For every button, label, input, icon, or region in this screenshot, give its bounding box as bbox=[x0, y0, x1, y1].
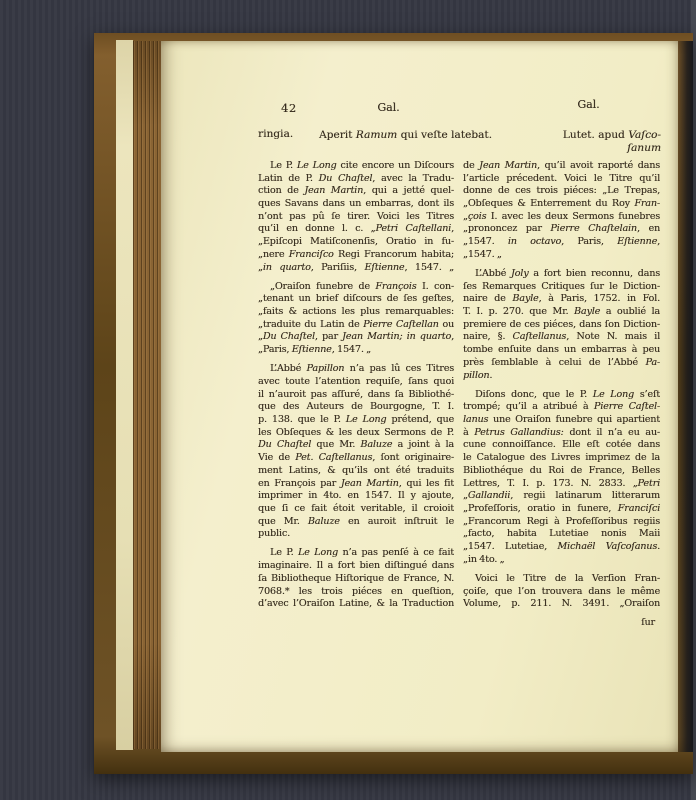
roman-text: , qui les fit bbox=[399, 478, 454, 489]
text-line: „Oraiſon funebre de François I. con- bbox=[258, 281, 454, 294]
roman-text: s’eſt bbox=[634, 389, 660, 400]
roman-text: cite encore un Diſcours bbox=[336, 160, 454, 171]
text-line: „tenant un brief diſcours de ſes geſtes, bbox=[258, 293, 454, 306]
roman-text: „Paris, bbox=[258, 344, 292, 355]
italic-text: Pa- bbox=[645, 357, 660, 368]
italic-text: Vaſco- bbox=[628, 129, 661, 141]
italic-text: Pet. Caſtellanus bbox=[295, 452, 372, 463]
roman-text: a fort bien reconnu, dans bbox=[528, 268, 660, 279]
roman-text: le Catalogue des Livres imprimez de la bbox=[463, 452, 660, 463]
italic-text: ſanum bbox=[627, 142, 661, 154]
text-line: „nere Franciſco Regi Francorum habita; bbox=[258, 249, 454, 262]
italic-text: Du Chaſtel bbox=[258, 439, 311, 450]
roman-text: , à Paris, 1752. in Fol. bbox=[539, 293, 660, 304]
roman-text: que Mr. bbox=[258, 516, 308, 527]
roman-text: Vie de bbox=[258, 452, 295, 463]
running-head-right: Gal. bbox=[506, 98, 671, 111]
roman-text: ment Latins, & qu’ils ont été traduits bbox=[258, 465, 454, 476]
italic-text: Jean Martin; in quarto bbox=[342, 331, 451, 342]
italic-text: Franciſco bbox=[289, 249, 334, 260]
text-line: donne de ces trois piéces: „Le Trepas, bbox=[463, 185, 660, 198]
headline-center: Aperit Ramum qui veſte latebat. bbox=[319, 129, 492, 141]
italic-text: Eſtienne bbox=[617, 236, 657, 247]
text-line: le Catalogue des Livres imprimez de la bbox=[463, 452, 660, 465]
roman-text: ſa Bibliotheque Hiſtorique de France, N. bbox=[258, 573, 454, 584]
roman-text: il n’auroit pas aſſuré, dans ſa Biblioth… bbox=[258, 389, 454, 400]
roman-text: à bbox=[463, 427, 474, 438]
roman-text: ques Savans dans un embarras, dont ils bbox=[258, 198, 454, 209]
roman-text: l’article précedent. Voici le Titre qu’i… bbox=[463, 173, 660, 184]
roman-text: que Mr. bbox=[311, 439, 360, 450]
text-line: Le P. Le Long cite encore un Diſcours bbox=[258, 160, 454, 173]
text-line: „1547. „ bbox=[463, 249, 660, 262]
text-line: cune connoiſſance. Elle eſt cotée dans bbox=[463, 439, 660, 452]
roman-text: cune connoiſſance. Elle eſt cotée dans bbox=[463, 439, 660, 450]
text-line: naire, §. Caſtellanus, Note N. mais il bbox=[463, 331, 660, 344]
text-line: „traduite du Latin de Pierre Caſtellan o… bbox=[258, 319, 454, 332]
roman-text: premiere de ces piéces, dans ſon Diction… bbox=[463, 319, 660, 330]
roman-text: , bbox=[451, 331, 454, 342]
text-line: n’ont pas pû ſe tirer. Voici les Titres bbox=[258, 211, 454, 224]
roman-text: qu’il en donne l. c. „ bbox=[258, 223, 375, 234]
roman-text: , ſont originaire- bbox=[372, 452, 454, 463]
text-line: „Obſeques & Enterrement du Roy Fran- bbox=[463, 198, 660, 211]
roman-text: Regi Francorum habita; bbox=[334, 249, 454, 260]
text-line: Lettres, T. I. p. 173. N. 2833. „Petri bbox=[463, 478, 660, 491]
roman-text: naire, §. bbox=[463, 331, 513, 342]
roman-text: „1547. Lutetiae, bbox=[463, 541, 557, 552]
headline-right-continuation: ſanum bbox=[627, 142, 661, 154]
text-line: ques Savans dans un embarras, dont ils bbox=[258, 198, 454, 211]
text-line: „1547. in octavo, Paris, Eſtienne, bbox=[463, 236, 660, 249]
text-line: Du Chaſtel que Mr. Baluze a joint à la bbox=[258, 439, 454, 452]
roman-text: naire de bbox=[463, 293, 512, 304]
text-column-right-paragraphs: de Jean Martin, qu’il avoit raporté dans… bbox=[463, 160, 660, 611]
italic-text: Eſtienne bbox=[292, 344, 332, 355]
text-line: d’avec l’Oraiſon Latine, & la Traduction bbox=[258, 598, 454, 611]
roman-text: Latin de P. bbox=[258, 173, 319, 184]
text-line: il n’auroit pas aſſuré, dans ſa Biblioth… bbox=[258, 389, 454, 402]
text-line: çoiſe, que l’on trouvera dans le même bbox=[463, 586, 660, 599]
italic-text: Pierre Caſtellan bbox=[363, 319, 439, 330]
roman-text: près ſemblable à celui de l’Abbé bbox=[463, 357, 645, 368]
roman-text: prétend, que bbox=[386, 414, 454, 425]
italic-text: Papillon bbox=[306, 363, 344, 374]
page-edges-dark bbox=[133, 41, 161, 749]
text-line: L’Abbé Papillon n’a pas lû ces Titres bbox=[258, 363, 454, 376]
paragraph: L’Abbé Papillon n’a pas lû ces Titresave… bbox=[258, 363, 454, 541]
italic-text: François bbox=[375, 281, 416, 292]
page-right-shadow bbox=[678, 41, 693, 752]
roman-text: , 1547. „ bbox=[404, 262, 454, 273]
text-line: naire de Bayle, à Paris, 1752. in Fol. bbox=[463, 293, 660, 306]
text-line: „prononcez par Pierre Chaſtelain, en bbox=[463, 223, 660, 236]
text-line: imaginaire. Il a fort bien diſtingué dan… bbox=[258, 560, 454, 573]
roman-text: Voici le Titre de la Verſion Fran- bbox=[475, 573, 660, 584]
page-edges-light bbox=[116, 40, 133, 750]
roman-text: , regii latinarum litterarum bbox=[510, 490, 660, 501]
text-line: ction de Jean Martin, qui a jetté quel- bbox=[258, 185, 454, 198]
roman-text: I. avec les deux Sermons funebres bbox=[486, 211, 660, 222]
roman-text: Le P. bbox=[270, 160, 297, 171]
italic-text: Jean Martin bbox=[304, 185, 363, 196]
roman-text: 7068.* les trois piéces en queſtion, bbox=[258, 586, 454, 597]
text-line: Bibliothéque du Roi de France, Belles bbox=[463, 465, 660, 478]
italic-text: Du Chaſtel bbox=[319, 173, 373, 184]
text-line: que Mr. Baluze en auroit inſtruit le bbox=[258, 516, 454, 529]
italic-text: çois bbox=[468, 211, 487, 222]
roman-text: . bbox=[657, 541, 660, 552]
text-column-right: de Jean Martin, qu’il avoit raporté dans… bbox=[463, 160, 660, 628]
roman-text: , avec la Tradu- bbox=[372, 173, 454, 184]
roman-text: , Note N. mais il bbox=[566, 331, 660, 342]
roman-text: en François par bbox=[258, 478, 341, 489]
italic-text: Eſtienne bbox=[364, 262, 404, 273]
roman-text: Lettres, T. I. p. 173. N. 2833. „ bbox=[463, 478, 638, 489]
roman-text: n’a pas lû ces Titres bbox=[344, 363, 454, 374]
text-line: ſa Bibliotheque Hiſtorique de France, N. bbox=[258, 573, 454, 586]
roman-text: n’a pas penſé à ce fait bbox=[338, 547, 454, 558]
text-line: pillon. bbox=[463, 370, 660, 383]
roman-text: imprimer in 4to. en 1547. Il y ajoute, bbox=[258, 490, 454, 501]
italic-text: Ramum bbox=[356, 129, 397, 141]
roman-text: ringia. bbox=[258, 128, 293, 140]
italic-text: Caſtellanus bbox=[513, 331, 567, 342]
running-head-left: Gal. bbox=[306, 101, 471, 114]
roman-text: , qu’il avoit raporté dans bbox=[537, 160, 660, 171]
text-line: Latin de P. Du Chaſtel, avec la Tradu- bbox=[258, 173, 454, 186]
italic-text: Franciſci bbox=[618, 503, 660, 514]
text-line: „Du Chaſtel, par Jean Martin; in quarto, bbox=[258, 331, 454, 344]
text-line: Voici le Titre de la Verſion Fran- bbox=[463, 573, 660, 586]
italic-text: Du Chaſtel bbox=[263, 331, 315, 342]
roman-text: p. 138. que le P. bbox=[258, 414, 346, 425]
roman-text: trompé; qu’il a atribué à bbox=[463, 401, 594, 412]
roman-text: Diſons donc, que le P. bbox=[475, 389, 593, 400]
catchword: ſur bbox=[463, 617, 660, 628]
roman-text: que des Auteurs de Bourgogne, T. I. bbox=[258, 401, 454, 412]
text-line: T. I. p. 270. que Mr. Bayle a oublié la bbox=[463, 306, 660, 319]
roman-text: „Epiſcopi Matiſconenſis, Oratio in fu- bbox=[258, 236, 454, 247]
roman-text: „nere bbox=[258, 249, 289, 260]
paragraph: Le P. Le Long n’a pas penſé à ce faitima… bbox=[258, 547, 454, 610]
roman-text: . bbox=[489, 370, 492, 381]
roman-text: „Francorum Regi à Profeſſoribus regiis bbox=[463, 516, 660, 527]
book-scan-scene: 42 Gal. Gal. ringia. Aperit Ramum qui ve… bbox=[0, 0, 696, 800]
text-line: ment Latins, & qu’ils ont été traduits bbox=[258, 465, 454, 478]
roman-text: Bibliothéque du Roi de France, Belles bbox=[463, 465, 660, 476]
text-line: l’article précedent. Voici le Titre qu’i… bbox=[463, 173, 660, 186]
text-line: „Profeſſoris, oratio in funere, Franciſc… bbox=[463, 503, 660, 516]
text-line: de Jean Martin, qu’il avoit raporté dans bbox=[463, 160, 660, 173]
text-line: avec toute l’atention requiſe, ſans quoi bbox=[258, 376, 454, 389]
italic-text: Joly bbox=[511, 268, 529, 279]
roman-text: „1547. „ bbox=[463, 249, 502, 260]
text-line: Le P. Le Long n’a pas penſé à ce fait bbox=[258, 547, 454, 560]
italic-text: Pierre Caſtel- bbox=[594, 401, 660, 412]
italic-text: Bayle bbox=[512, 293, 538, 304]
italic-text: Le Long bbox=[297, 160, 337, 171]
roman-text: d’avec l’Oraiſon Latine, & la Traduction bbox=[258, 598, 454, 609]
roman-text: , bbox=[451, 223, 454, 234]
roman-text: çoiſe, que l’on trouvera dans le même bbox=[463, 586, 660, 597]
italic-text: Michaël Vaſcoſanus bbox=[557, 541, 657, 552]
italic-text: Jean Martin bbox=[479, 160, 537, 171]
text-line: „Gallandii, regii latinarum litterarum bbox=[463, 490, 660, 503]
roman-text: „in 4to. „ bbox=[463, 554, 504, 565]
text-line: L’Abbé Joly a fort bien reconnu, dans bbox=[463, 268, 660, 281]
roman-text: n’ont pas pû ſe tirer. Voici les Titres bbox=[258, 211, 454, 222]
roman-text: , qui a jetté quel- bbox=[363, 185, 454, 196]
roman-text: T. I. p. 270. que Mr. bbox=[463, 306, 574, 317]
roman-text: a oublié la bbox=[600, 306, 660, 317]
text-line: p. 138. que le P. Le Long prétend, que bbox=[258, 414, 454, 427]
roman-text: ction de bbox=[258, 185, 304, 196]
text-line: „in 4to. „ bbox=[463, 554, 660, 567]
italic-text: Petri bbox=[638, 478, 660, 489]
roman-text: , 1547. „ bbox=[332, 344, 371, 355]
text-line: „faits & actions les plus remarquables: bbox=[258, 306, 454, 319]
roman-text: dont il n’a eu au- bbox=[564, 427, 660, 438]
page-number: 42 bbox=[281, 101, 297, 115]
roman-text: donne de ces trois piéces: „Le Trepas, bbox=[463, 185, 660, 196]
roman-text: imaginaire. Il a fort bien diſtingué dan… bbox=[258, 560, 454, 571]
roman-text: „facto, habita Lutetiae nonis Maii bbox=[463, 528, 660, 539]
italic-text: Le Long bbox=[298, 547, 338, 558]
paragraph: „Oraiſon funebre de François I. con-„ten… bbox=[258, 281, 454, 357]
italic-text: Baluze bbox=[360, 439, 392, 450]
italic-text: Petrus Gallandius: bbox=[474, 427, 563, 438]
text-line: que des Auteurs de Bourgogne, T. I. bbox=[258, 401, 454, 414]
roman-text: , Paris, bbox=[561, 236, 617, 247]
text-line: qu’il en donne l. c. „Petri Caſtellani, bbox=[258, 223, 454, 236]
italic-text: in octavo bbox=[508, 236, 561, 247]
roman-text: L’Abbé bbox=[475, 268, 511, 279]
roman-text: , par bbox=[315, 331, 342, 342]
paragraph: Diſons donc, que le P. Le Long s’eſttrom… bbox=[463, 389, 660, 567]
text-line: que ſi ce fait étoit veritable, il croio… bbox=[258, 503, 454, 516]
roman-text: „prononcez par bbox=[463, 223, 550, 234]
text-line: Vie de Pet. Caſtellanus, ſont originaire… bbox=[258, 452, 454, 465]
italic-text: Bayle bbox=[574, 306, 600, 317]
text-line: imprimer in 4to. en 1547. Il y ajoute, bbox=[258, 490, 454, 503]
roman-text: , Pariſiis, bbox=[311, 262, 365, 273]
roman-text: qui veſte latebat. bbox=[397, 129, 492, 141]
paragraph: Le P. Le Long cite encore un DiſcoursLat… bbox=[258, 160, 454, 274]
text-line: Volume, p. 211. N. 3491. „Oraiſon bbox=[463, 598, 660, 611]
roman-text: que ſi ce fait étoit veritable, il croio… bbox=[258, 503, 454, 514]
text-line: premiere de ces piéces, dans ſon Diction… bbox=[463, 319, 660, 332]
roman-text: de bbox=[463, 160, 479, 171]
text-line: trompé; qu’il a atribué à Pierre Caſtel- bbox=[463, 401, 660, 414]
roman-text: ſes Remarques Critiques ſur le Diction- bbox=[463, 281, 660, 292]
headline-fragment: ringia. bbox=[258, 128, 293, 140]
italic-text: in quarto bbox=[263, 262, 311, 273]
text-line: 7068.* les trois piéces en queſtion, bbox=[258, 586, 454, 599]
roman-text: „tenant un brief diſcours de ſes geſtes, bbox=[258, 293, 454, 304]
roman-text: ou bbox=[439, 319, 454, 330]
italic-text: Gallandii bbox=[468, 490, 510, 501]
text-line: „facto, habita Lutetiae nonis Maii bbox=[463, 528, 660, 541]
roman-text: les Obſeques & les deux Sermons de P. bbox=[258, 427, 454, 438]
text-line: „Epiſcopi Matiſconenſis, Oratio in fu- bbox=[258, 236, 454, 249]
roman-text: „1547. bbox=[463, 236, 508, 247]
text-line: en François par Jean Martin, qui les fit bbox=[258, 478, 454, 491]
roman-text: „faits & actions les plus remarquables: bbox=[258, 306, 454, 317]
text-line: tombe enſuite dans un embarras à peu bbox=[463, 344, 660, 357]
roman-text: L’Abbé bbox=[270, 363, 306, 374]
text-line: public. bbox=[258, 528, 454, 541]
italic-text: pillon bbox=[463, 370, 489, 381]
roman-text: en auroit inſtruit le bbox=[340, 516, 454, 527]
text-line: Diſons donc, que le P. Le Long s’eſt bbox=[463, 389, 660, 402]
roman-text: , bbox=[657, 236, 660, 247]
roman-text: ſur bbox=[641, 617, 655, 628]
roman-text: public. bbox=[258, 528, 290, 539]
roman-text: , en bbox=[637, 223, 660, 234]
roman-text: Le P. bbox=[270, 547, 298, 558]
italic-text: Jean Martin bbox=[341, 478, 399, 489]
roman-text: avec toute l’atention requiſe, ſans quoi bbox=[258, 376, 454, 387]
italic-text: Fran- bbox=[634, 198, 660, 209]
text-line: lanus une Oraiſon funebre qui apartient bbox=[463, 414, 660, 427]
roman-text: „traduite du Latin de bbox=[258, 319, 363, 330]
roman-text: Volume, p. 211. N. 3491. „Oraiſon bbox=[463, 598, 660, 609]
text-line: à Petrus Gallandius: dont il n’a eu au- bbox=[463, 427, 660, 440]
roman-text: une Oraiſon funebre qui apartient bbox=[488, 414, 660, 425]
italic-text: Le Long bbox=[593, 389, 634, 400]
text-line: „çois I. avec les deux Sermons funebres bbox=[463, 211, 660, 224]
text-line: „1547. Lutetiae, Michaël Vaſcoſanus. bbox=[463, 541, 660, 554]
italic-text: Petri Caſtellani bbox=[375, 223, 451, 234]
text-line: près ſemblable à celui de l’Abbé Pa- bbox=[463, 357, 660, 370]
text-line: les Obſeques & les deux Sermons de P. bbox=[258, 427, 454, 440]
roman-text: „Obſeques & Enterrement du Roy bbox=[463, 198, 634, 209]
roman-text: a joint à la bbox=[392, 439, 454, 450]
italic-text: lanus bbox=[463, 414, 488, 425]
text-line: „in quarto, Pariſiis, Eſtienne, 1547. „ bbox=[258, 262, 454, 275]
italic-text: Baluze bbox=[308, 516, 340, 527]
italic-text: Le Long bbox=[346, 414, 387, 425]
book-page: 42 Gal. Gal. ringia. Aperit Ramum qui ve… bbox=[161, 41, 678, 752]
roman-text: tombe enſuite dans un embarras à peu bbox=[463, 344, 660, 355]
roman-text: Aperit bbox=[319, 129, 356, 141]
headline-right: Lutet. apud Vaſco- bbox=[563, 129, 661, 141]
roman-text: Lutet. apud bbox=[563, 129, 628, 141]
paragraph: de Jean Martin, qu’il avoit raporté dans… bbox=[463, 160, 660, 262]
roman-text: „Oraiſon funebre de bbox=[270, 281, 375, 292]
text-column-left: Le P. Le Long cite encore un DiſcoursLat… bbox=[258, 160, 454, 617]
text-line: „Francorum Regi à Profeſſoribus regiis bbox=[463, 516, 660, 529]
paragraph: Voici le Titre de la Verſion Fran-çoiſe,… bbox=[463, 573, 660, 611]
roman-text: „Profeſſoris, oratio in funere, bbox=[463, 503, 618, 514]
paragraph: L’Abbé Joly a fort bien reconnu, dansſes… bbox=[463, 268, 660, 382]
text-line: ſes Remarques Critiques ſur le Diction- bbox=[463, 281, 660, 294]
italic-text: Pierre Chaſtelain bbox=[550, 223, 637, 234]
roman-text: I. con- bbox=[417, 281, 454, 292]
text-line: „Paris, Eſtienne, 1547. „ bbox=[258, 344, 454, 357]
